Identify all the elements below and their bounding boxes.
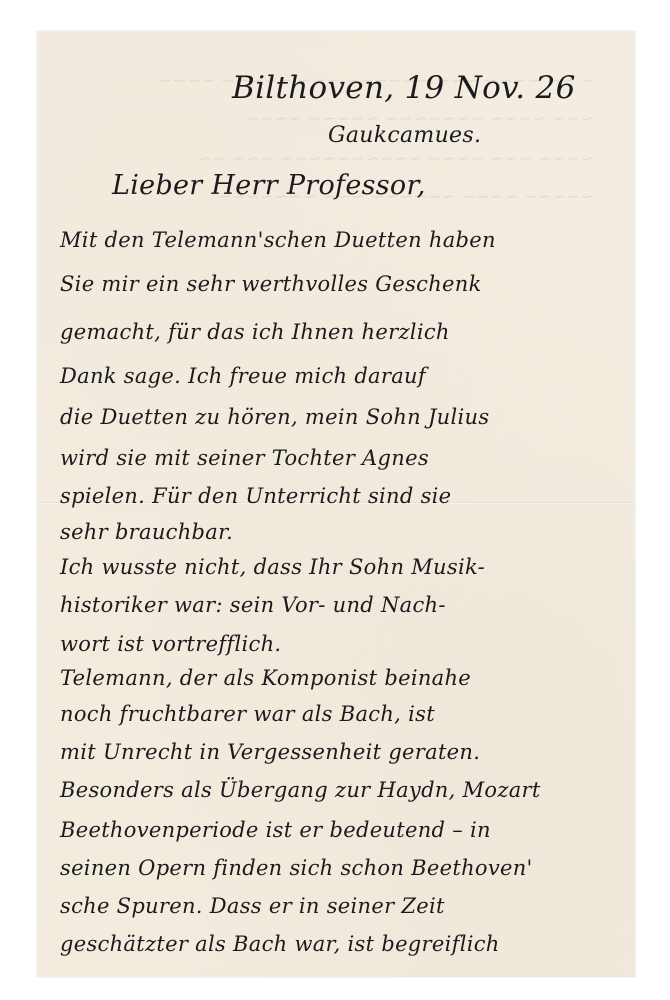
letter-line: seinen Opern finden sich schon Beethoven… <box>60 856 533 880</box>
letter-salutation: Lieber Herr Professor, <box>112 170 426 201</box>
letter-line: geschätzter als Bach war, ist begreiflic… <box>60 932 500 956</box>
letter-sub-place: Gaukcamues. <box>328 123 481 148</box>
letter-line: Dank sage. Ich freue mich darauf <box>60 364 426 388</box>
letter-line: Ich wusste nicht, dass Ihr Sohn Musik- <box>60 555 485 579</box>
letter-line: sehr brauchbar. <box>60 520 233 544</box>
letter-line: wort ist vortrefflich. <box>60 632 281 656</box>
letter-line: sche Spuren. Dass er in seiner Zeit <box>60 894 445 918</box>
letter-place-date: Bilthoven, 19 Nov. 26 <box>232 70 576 106</box>
letter-line: Besonders als Übergang zur Haydn, Mozart <box>60 778 541 802</box>
letter-line: noch fruchtbarer war als Bach, ist <box>60 702 435 726</box>
letter-line: gemacht, für das ich Ihnen herzlich <box>60 320 450 344</box>
letter-line: die Duetten zu hören, mein Sohn Julius <box>60 405 489 429</box>
letter-line: Mit den Telemann'schen Duetten haben <box>60 228 496 252</box>
page: ~ ~~ ~~~~ ~~~ ~~~~~~ ~~~ ~~~~~ ~~~~ ~~~ … <box>0 0 670 1000</box>
letter-line: Telemann, der als Komponist beinahe <box>60 666 471 690</box>
letter-line: mit Unrecht in Vergessenheit geraten. <box>60 740 480 764</box>
letter-line: wird sie mit seiner Tochter Agnes <box>60 446 429 470</box>
letter-line: Beethovenperiode ist er bedeutend – in <box>60 818 491 842</box>
letter-line: Sie mir ein sehr werthvolles Geschenk <box>60 272 482 296</box>
bleed-through-text: ~~~~ ~~~ ~~~~ ~~~~~~~~~~ ~~~ ~~ <box>77 149 595 169</box>
letter-line: spielen. Für den Unterricht sind sie <box>60 484 451 508</box>
letter-line: historiker war: sein Vor- und Nach- <box>60 593 446 617</box>
